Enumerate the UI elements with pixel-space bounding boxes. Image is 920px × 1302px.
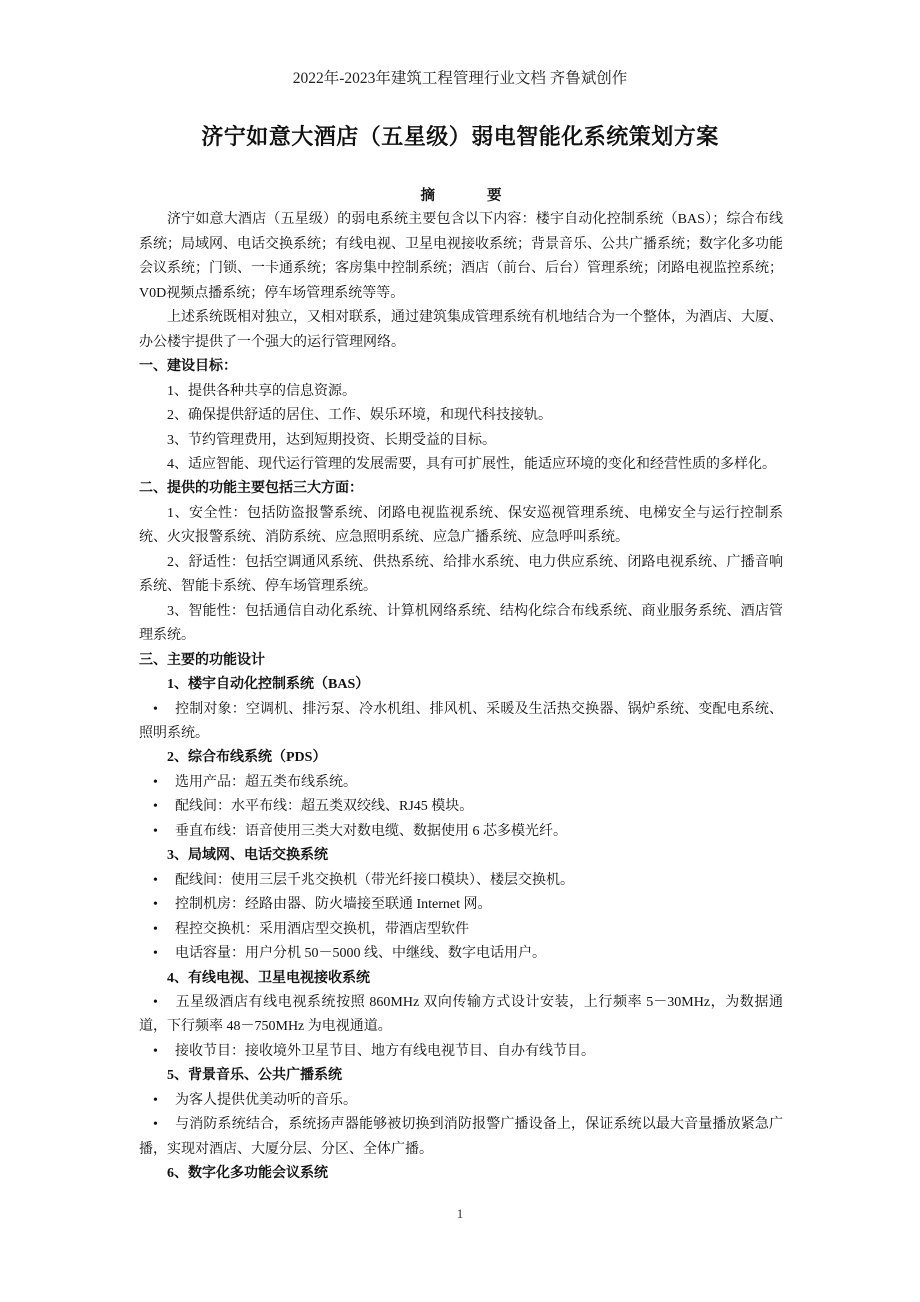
bullet-icon: •	[153, 771, 175, 795]
bullet-icon: •	[153, 1089, 175, 1113]
list-item: 1、安全性：包括防盗报警系统、闭路电视监视系统、保安巡视管理系统、电梯安全与运行…	[139, 502, 783, 551]
document-header: 2022年-2023年建筑工程管理行业文档 齐鲁斌创作	[0, 66, 920, 88]
subsection-heading: 4、有线电视、卫星电视接收系统	[139, 967, 783, 991]
section-heading: 三、主要的功能设计	[139, 649, 783, 673]
bullet-icon: •	[153, 991, 175, 1015]
bullet-item: •控制机房：经路由器、防火墙接至联通 Internet 网。	[139, 893, 783, 917]
bullet-item: •为客人提供优美动听的音乐。	[139, 1089, 783, 1113]
section-heading: 一、建设目标：	[139, 355, 783, 379]
bullet-item: •控制对象：空调机、排污泵、冷水机组、排风机、采暖及生活热交换器、锅炉系统、变配…	[139, 698, 783, 747]
list-item: 3、智能性：包括通信自动化系统、计算机网络系统、结构化综合布线系统、商业服务系统…	[139, 600, 783, 649]
list-item: 3、节约管理费用，达到短期投资、长期受益的目标。	[139, 429, 783, 453]
list-item: 1、提供各种共享的信息资源。	[139, 380, 783, 404]
bullet-icon: •	[153, 1040, 175, 1064]
bullet-item: •接收节目：接收境外卫星节目、地方有线电视节目、自办有线节目。	[139, 1040, 783, 1064]
bullet-item: •配线间：水平布线：超五类双绞线、RJ45 模块。	[139, 795, 783, 819]
bullet-item: •与消防系统结合，系统扬声器能够被切换到消防报警广播设备上，保证系统以最大音量播…	[139, 1113, 783, 1162]
bullet-icon: •	[153, 795, 175, 819]
bullet-item: •电话容量：用户分机 50－5000 线、中继线、数字电话用户。	[139, 942, 783, 966]
subsection-heading: 3、局域网、电话交换系统	[139, 844, 783, 868]
list-item: 2、确保提供舒适的居住、工作、娱乐环境，和现代科技接轨。	[139, 404, 783, 428]
bullet-item: •程控交换机：采用酒店型交换机，带酒店型软件	[139, 918, 783, 942]
bullet-icon: •	[153, 893, 175, 917]
abstract-heading-left: 摘	[421, 188, 436, 204]
bullet-icon: •	[153, 820, 175, 844]
bullet-item: •垂直布线：语音使用三类大对数电缆、数据使用 6 芯多模光纤。	[139, 820, 783, 844]
abstract-heading: 摘要	[139, 184, 783, 208]
bullet-item: •选用产品：超五类布线系统。	[139, 771, 783, 795]
document-body: 摘要 济宁如意大酒店（五星级）的弱电系统主要包含以下内容：楼宇自动化控制系统（B…	[139, 184, 783, 1187]
bullet-icon: •	[153, 1113, 175, 1137]
subsection-heading: 2、综合布线系统（PDS）	[139, 746, 783, 770]
bullet-icon: •	[153, 918, 175, 942]
bullet-item: •配线间：使用三层千兆交换机（带光纤接口模块）、楼层交换机。	[139, 869, 783, 893]
subsection-heading: 1、楼宇自动化控制系统（BAS）	[139, 673, 783, 697]
bullet-icon: •	[153, 698, 175, 722]
bullet-icon: •	[153, 869, 175, 893]
subsection-heading: 6、数字化多功能会议系统	[139, 1162, 783, 1186]
document-title: 济宁如意大酒店（五星级）弱电智能化系统策划方案	[0, 120, 920, 151]
page-number: 1	[0, 1206, 920, 1222]
abstract-paragraph: 上述系统既相对独立，又相对联系，通过建筑集成管理系统有机地结合为一个整体，为酒店…	[139, 306, 783, 355]
document-page: 2022年-2023年建筑工程管理行业文档 齐鲁斌创作 济宁如意大酒店（五星级）…	[0, 0, 920, 1302]
list-item: 2、舒适性：包括空调通风系统、供热系统、给排水系统、电力供应系统、闭路电视系统、…	[139, 551, 783, 600]
subsection-heading: 5、背景音乐、公共广播系统	[139, 1064, 783, 1088]
abstract-paragraph: 济宁如意大酒店（五星级）的弱电系统主要包含以下内容：楼宇自动化控制系统（BAS）…	[139, 208, 783, 306]
list-item: 4、适应智能、现代运行管理的发展需要，具有可扩展性，能适应环境的变化和经营性质的…	[139, 453, 783, 477]
abstract-heading-right: 要	[487, 188, 502, 204]
section-heading: 二、提供的功能主要包括三大方面：	[139, 477, 783, 501]
bullet-item: •五星级酒店有线电视系统按照 860MHz 双向传输方式设计安装，上行频率 5－…	[139, 991, 783, 1040]
bullet-icon: •	[153, 942, 175, 966]
